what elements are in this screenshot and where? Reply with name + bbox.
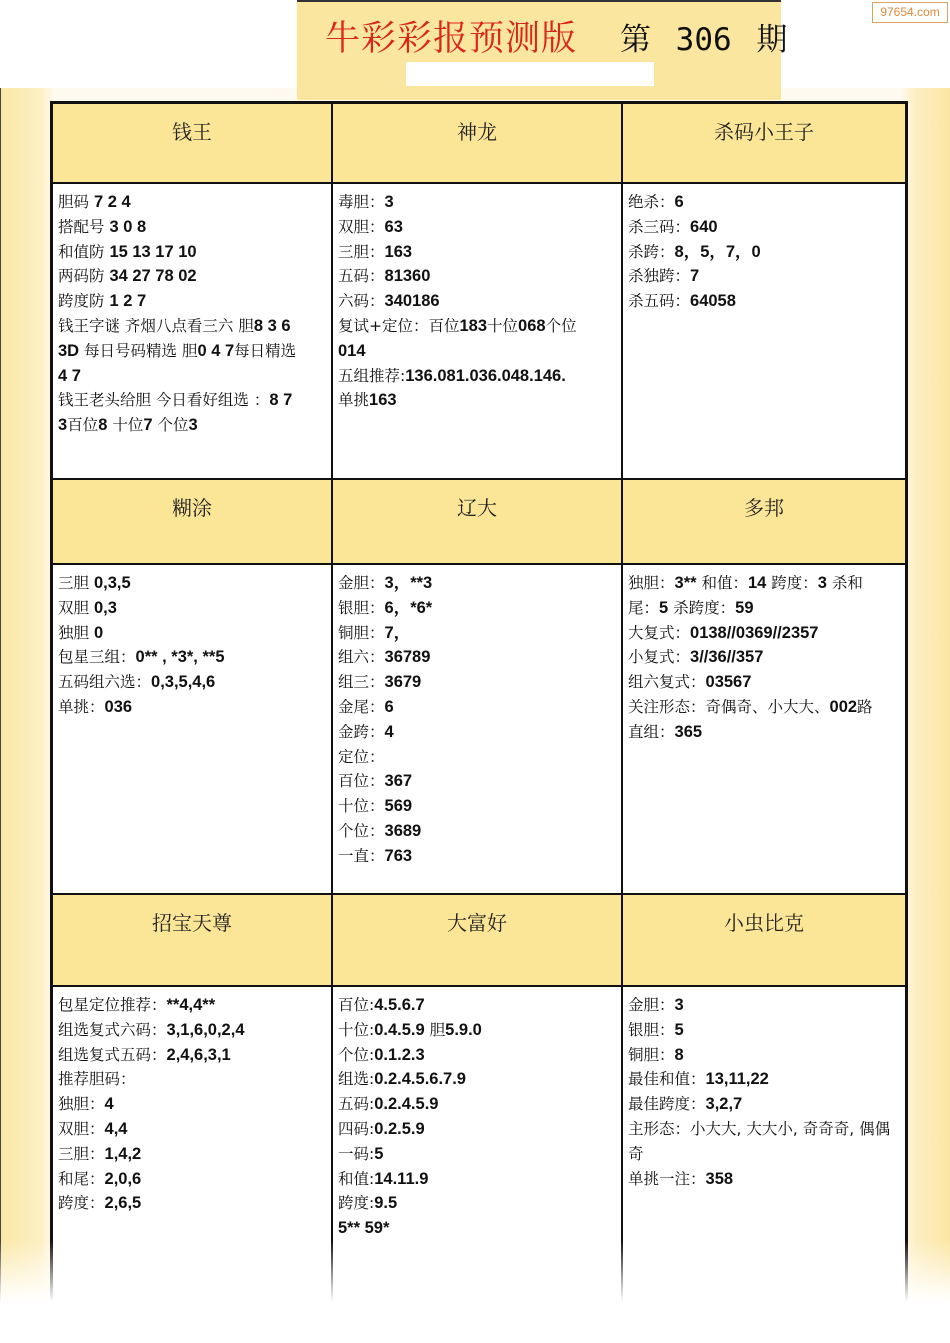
prediction-line: 最佳和值：13,11,22 (628, 1067, 905, 1092)
line-label: 一码: (338, 1145, 374, 1163)
line-label: 直组： (628, 723, 675, 741)
line-value: 4 (385, 723, 394, 741)
prediction-line: 014 (338, 339, 621, 364)
line-value: 7， (385, 624, 411, 642)
line-label: 跨度： (58, 1194, 105, 1212)
prediction-line: 银胆：6，*6* (338, 596, 621, 621)
prediction-line: 组三：3679 (338, 670, 621, 695)
line-value: 036 (105, 698, 133, 716)
line-value: 3,2,7 (706, 1095, 743, 1113)
prediction-line: 和值:14.11.9 (338, 1167, 621, 1192)
section-header-shama: 杀码小王子 (623, 104, 905, 184)
prediction-line: 奇 (628, 1142, 905, 1167)
prediction-line: 三胆：163 (338, 240, 621, 265)
prediction-line: 定位： (338, 745, 621, 770)
line-value: 0.1.2.3 (374, 1046, 424, 1064)
line-value: 163 (369, 391, 397, 409)
line-value: 3 0 8 (109, 218, 146, 236)
line-value: 0.2.4.5.9 (374, 1095, 438, 1113)
line-value: 0 4 7 (197, 342, 234, 360)
line-label: 奇 (628, 1145, 644, 1163)
line-value: 4.5.6.7 (374, 996, 424, 1014)
line-value: 5.9.0 (445, 1021, 482, 1039)
prediction-line: 双胆 0,3 (58, 596, 331, 621)
line-label: 六码： (338, 292, 385, 310)
line-value: 8 (675, 1046, 684, 1064)
prediction-line: 组选:0.2.4.5.6.7.9 (338, 1067, 621, 1092)
line-label: 绝杀： (628, 193, 675, 211)
line-label: 最佳跨度： (628, 1095, 706, 1113)
prediction-line: 最佳跨度：3,2,7 (628, 1092, 905, 1117)
bottom-fade (0, 1240, 950, 1343)
line-label: 单挑 (338, 391, 369, 409)
line-label: 十位: (338, 1021, 374, 1039)
line-label: 组选复式六码： (58, 1021, 167, 1039)
prediction-line: 绝杀：6 (628, 190, 905, 215)
prediction-line: 独胆：4 (58, 1092, 331, 1117)
prediction-line: 组六：36789 (338, 645, 621, 670)
line-value: 3D (58, 342, 79, 360)
prediction-line: 跨度:9.5 (338, 1191, 621, 1216)
line-value: 81360 (385, 267, 431, 285)
prediction-line: 胆码 7 2 4 (58, 190, 331, 215)
line-value: 8 (98, 416, 107, 434)
line-label: 个位： (338, 822, 385, 840)
line-label: 三胆： (58, 1145, 105, 1163)
prediction-line: 搭配号 3 0 8 (58, 215, 331, 240)
prediction-line: 一直：763 (338, 844, 621, 869)
line-label: 组六： (338, 648, 385, 666)
line-value: 3 (58, 416, 67, 434)
line-value: 340186 (385, 292, 440, 310)
line-value: 1,4,2 (105, 1145, 142, 1163)
prediction-line: 主形态：小大大, 大大小, 奇奇奇, 偶偶 (628, 1117, 905, 1142)
line-label: 两码防 (58, 267, 109, 285)
section-header-qianwang: 钱王 (53, 104, 333, 184)
prediction-line: 单挑：036 (58, 695, 331, 720)
line-value: 7 (690, 267, 699, 285)
prediction-line: 银胆：5 (628, 1018, 905, 1043)
prediction-line: 一码:5 (338, 1142, 621, 1167)
line-value: 14 (748, 574, 766, 592)
prediction-line: 关注形态：奇偶奇、小大大、002路 (628, 695, 905, 720)
line-label: 小复式： (628, 648, 690, 666)
page-edge (0, 88, 1, 1308)
prediction-table: 钱王 神龙 杀码小王子 胆码 7 2 4搭配号 3 0 8和值防 15 13 1… (50, 101, 908, 1303)
line-value: 5 (675, 1021, 684, 1039)
prediction-line: 三胆：1,4,2 (58, 1142, 331, 1167)
prediction-line: 3百位8 十位7 个位3 (58, 413, 331, 438)
line-label: 独胆： (58, 1095, 105, 1113)
line-value: 7 (143, 416, 152, 434)
prediction-line: 双胆：4,4 (58, 1117, 331, 1142)
line-label: 组选: (338, 1070, 374, 1088)
line-value: 0138//0369//2357 (690, 624, 818, 642)
line-value: 640 (690, 218, 718, 236)
line-value: 3** (675, 574, 697, 592)
line-value: 34 27 78 02 (109, 267, 196, 285)
prediction-line: 单挑163 (338, 388, 621, 413)
prediction-line: 单挑一注：358 (628, 1167, 905, 1192)
prediction-line: 3D 每日号码精选 胆0 4 7每日精选 (58, 339, 331, 364)
line-label: 杀跨度： (668, 599, 735, 617)
line-value: 5 (659, 599, 668, 617)
line-label: 路 (857, 698, 873, 716)
line-label: 杀和 (827, 574, 863, 592)
line-label: 组六复式： (628, 673, 706, 691)
prediction-line: 包星定位推荐：**4,4** (58, 993, 331, 1018)
section-body-hutu: 三胆 0,3,5双胆 0,3独胆 0包星三组：0** , *3*, **5五码组… (53, 565, 333, 895)
line-label: 跨度: (338, 1194, 374, 1212)
prediction-line: 十位:0.4.5.9 胆5.9.0 (338, 1018, 621, 1043)
line-label: 每日号码精选 胆 (79, 342, 197, 360)
line-value: 36789 (385, 648, 431, 666)
section-header-zhaobao: 招宝天尊 (53, 895, 333, 987)
section-body-duobang: 独胆：3** 和值：14 跨度：3 杀和尾：5 杀跨度：59大复式：0138//… (623, 565, 905, 895)
prediction-line: 和值防 15 13 17 10 (58, 240, 331, 265)
line-value: 63 (385, 218, 403, 236)
prediction-line: 四码:0.2.5.9 (338, 1117, 621, 1142)
line-value: 014 (338, 342, 366, 360)
line-label: 钱王字谜 齐烟八点看三六 胆 (58, 317, 254, 335)
prediction-line: 组选复式五码：2,4,6,3,1 (58, 1043, 331, 1068)
issue-number: 第 306 期 (620, 16, 787, 64)
line-value: 4 (105, 1095, 114, 1113)
prediction-line: 包星三组：0** , *3*, **5 (58, 645, 331, 670)
line-label: 胆码 (58, 193, 94, 211)
line-value: 4 7 (58, 367, 81, 385)
line-value: 6，*6* (385, 599, 433, 617)
line-label: 百位： (338, 772, 385, 790)
line-label: 百位 (67, 416, 98, 434)
prediction-line: 推荐胆码： (58, 1067, 331, 1092)
prediction-line: 跨度：2,6,5 (58, 1191, 331, 1216)
line-value: 8 3 6 (254, 317, 291, 335)
line-value: 002 (830, 698, 858, 716)
prediction-line: 毒胆：3 (338, 190, 621, 215)
line-value: 3 (818, 574, 827, 592)
prediction-line: 双胆：63 (338, 215, 621, 240)
line-value: 5** 59* (338, 1219, 389, 1237)
line-value: 136.081.036.048.146. (405, 367, 566, 385)
line-label: 大复式： (628, 624, 690, 642)
section-body-liaoda: 金胆：3，**3银胆：6，*6*铜胆：7，组六：36789组三：3679金尾：6… (333, 565, 623, 895)
line-value: 569 (385, 797, 413, 815)
line-label: 尾： (628, 599, 659, 617)
line-value: 0.4.5.9 (374, 1021, 424, 1039)
line-label: 三胆： (338, 243, 385, 261)
prediction-line: 5** 59* (338, 1216, 621, 1241)
line-label: 胆 (425, 1021, 445, 1039)
line-label: 组三： (338, 673, 385, 691)
line-value: 1 2 7 (109, 292, 146, 310)
line-label: 个位 (153, 416, 189, 434)
line-label: 跨度： (766, 574, 817, 592)
line-value: 64058 (690, 292, 736, 310)
line-value: 763 (385, 847, 413, 865)
line-value: 358 (706, 1170, 734, 1188)
line-value: 0,3,5,4,6 (151, 673, 215, 691)
line-label: 百位: (338, 996, 374, 1014)
line-label: 银胆： (338, 599, 385, 617)
prediction-line: 复试+定位：百位183十位068个位 (338, 314, 621, 339)
section-body-shama: 绝杀：6杀三码：640杀跨：8，5，7，0杀独跨：7杀五码：64058 (623, 184, 905, 480)
header-blank-box (406, 62, 654, 86)
line-label: 关注形态：奇偶奇、小大大、 (628, 698, 830, 716)
line-label: 个位 (546, 317, 577, 335)
prediction-line: 直组：365 (628, 720, 905, 745)
prediction-line: 五组推荐:136.081.036.048.146. (338, 364, 621, 389)
line-label: 包星定位推荐： (58, 996, 167, 1014)
prediction-line: 钱王字谜 齐烟八点看三六 胆8 3 6 (58, 314, 331, 339)
line-label: 四码: (338, 1120, 374, 1138)
line-label: 包星三组： (58, 648, 136, 666)
line-label: 复试+定位：百位 (338, 317, 460, 335)
line-value: 4,4 (105, 1120, 128, 1138)
line-label: 杀跨： (628, 243, 675, 261)
prediction-line: 五码:0.2.4.5.9 (338, 1092, 621, 1117)
line-label: 杀独跨： (628, 267, 690, 285)
line-value: 15 13 17 10 (109, 243, 196, 261)
line-value: 163 (385, 243, 413, 261)
line-value: 3，**3 (385, 574, 433, 592)
line-value: 3689 (385, 822, 422, 840)
line-label: 独胆 (58, 624, 94, 642)
line-value: 6 (675, 193, 684, 211)
prediction-line: 组六复式：03567 (628, 670, 905, 695)
line-label: 和尾： (58, 1170, 105, 1188)
line-label: 五组推荐: (338, 367, 405, 385)
line-label: 金尾： (338, 698, 385, 716)
line-label: 十位： (338, 797, 385, 815)
prediction-line: 杀跨：8，5，7，0 (628, 240, 905, 265)
prediction-line: 十位：569 (338, 794, 621, 819)
line-value: 03567 (706, 673, 752, 691)
line-label: 个位: (338, 1046, 374, 1064)
line-value: 3 (188, 416, 197, 434)
line-value: 3//36//357 (690, 648, 763, 666)
line-value: 3 (385, 193, 394, 211)
line-label: 最佳和值： (628, 1070, 706, 1088)
line-label: 铜胆： (338, 624, 385, 642)
watermark-link[interactable]: 97654.com (872, 2, 948, 23)
line-label: 十位 (487, 317, 518, 335)
prediction-line: 铜胆：7， (338, 621, 621, 646)
line-value: 3679 (385, 673, 422, 691)
line-label: 和值: (338, 1170, 374, 1188)
line-label: 毒胆： (338, 193, 385, 211)
prediction-line: 金胆：3 (628, 993, 905, 1018)
line-label: 五码组六选： (58, 673, 151, 691)
line-value: 365 (675, 723, 703, 741)
section-header-xiaochong: 小虫比克 (623, 895, 905, 987)
prediction-line: 小复式：3//36//357 (628, 645, 905, 670)
header-divider (297, 0, 781, 2)
prediction-line: 五码组六选：0,3,5,4,6 (58, 670, 331, 695)
line-value: 14.11.9 (374, 1170, 428, 1188)
line-label: 单挑一注： (628, 1170, 706, 1188)
section-header-liaoda: 辽大 (333, 480, 623, 565)
line-label: 搭配号 (58, 218, 109, 236)
prediction-line: 金胆：3，**3 (338, 571, 621, 596)
prediction-line: 组选复式六码：3,1,6,0,2,4 (58, 1018, 331, 1043)
prediction-line: 百位:4.5.6.7 (338, 993, 621, 1018)
prediction-line: 六码：340186 (338, 289, 621, 314)
prediction-line: 杀独跨：7 (628, 264, 905, 289)
prediction-line: 跨度防 1 2 7 (58, 289, 331, 314)
prediction-line: 两码防 34 27 78 02 (58, 264, 331, 289)
line-value: 0 (94, 624, 103, 642)
line-value: 59 (735, 599, 753, 617)
section-header-shenlong: 神龙 (333, 104, 623, 184)
prediction-line: 铜胆：8 (628, 1043, 905, 1068)
prediction-line: 钱王老头给胆 今日看好组选 ：8 7 (58, 388, 331, 413)
line-label: 推荐胆码： (58, 1070, 136, 1088)
line-label: 杀三码： (628, 218, 690, 236)
line-value: 0,3 (94, 599, 117, 617)
line-label: 独胆： (628, 574, 675, 592)
line-label: 组选复式五码： (58, 1046, 167, 1064)
line-value: 068 (518, 317, 546, 335)
line-value: 2,4,6,3,1 (167, 1046, 231, 1064)
line-value: 3 (675, 996, 684, 1014)
prediction-line: 个位：3689 (338, 819, 621, 844)
line-label: 五码: (338, 1095, 374, 1113)
line-label: 金胆： (628, 996, 675, 1014)
prediction-line: 个位:0.1.2.3 (338, 1043, 621, 1068)
prediction-line: 五码：81360 (338, 264, 621, 289)
line-label: 双胆： (58, 1120, 105, 1138)
line-value: 183 (460, 317, 488, 335)
line-value: 3,1,6,0,2,4 (167, 1021, 245, 1039)
line-value: 0.2.4.5.6.7.9 (374, 1070, 466, 1088)
line-label: 定位： (338, 748, 385, 766)
line-label: 钱王老头给胆 今日看好组选 ： (58, 391, 269, 409)
line-value: 8 7 (269, 391, 292, 409)
line-value: **4,4** (167, 996, 216, 1014)
section-header-dafuhao: 大富好 (333, 895, 623, 987)
line-label: 一直： (338, 847, 385, 865)
section-header-duobang: 多邦 (623, 480, 905, 565)
line-label: 三胆 (58, 574, 94, 592)
line-label: 和值防 (58, 243, 109, 261)
line-label: 十位 (107, 416, 143, 434)
line-value: 2,0,6 (105, 1170, 142, 1188)
line-label: 跨度防 (58, 292, 109, 310)
line-label: 杀五码： (628, 292, 690, 310)
section-body-shenlong: 毒胆：3双胆：63三胆：163五码：81360六码：340186复试+定位：百位… (333, 184, 623, 480)
line-value: 6 (385, 698, 394, 716)
line-value: 5 (374, 1145, 383, 1163)
line-value: 0,3,5 (94, 574, 131, 592)
line-value: 367 (385, 772, 413, 790)
prediction-line: 金跨：4 (338, 720, 621, 745)
line-value: 0** , *3*, **5 (136, 648, 225, 666)
prediction-line: 杀三码：640 (628, 215, 905, 240)
prediction-line: 4 7 (58, 364, 331, 389)
line-value: 13,11,22 (706, 1070, 769, 1088)
line-label: 和值： (697, 574, 748, 592)
line-label: 双胆： (338, 218, 385, 236)
line-label: 双胆 (58, 599, 94, 617)
line-value: 2,6,5 (105, 1194, 142, 1212)
prediction-line: 三胆 0,3,5 (58, 571, 331, 596)
line-value: 9.5 (374, 1194, 397, 1212)
prediction-line: 金尾：6 (338, 695, 621, 720)
line-label: 五码： (338, 267, 385, 285)
line-label: 主形态：小大大, 大大小, 奇奇奇, 偶偶 (628, 1120, 890, 1138)
line-label: 银胆： (628, 1021, 675, 1039)
line-label: 铜胆： (628, 1046, 675, 1064)
prediction-line: 杀五码：64058 (628, 289, 905, 314)
prediction-line: 独胆：3** 和值：14 跨度：3 杀和 (628, 571, 905, 596)
prediction-line: 独胆 0 (58, 621, 331, 646)
prediction-line: 百位：367 (338, 769, 621, 794)
line-value: 8，5，7，0 (675, 243, 761, 261)
section-header-hutu: 糊涂 (53, 480, 333, 565)
line-label: 每日精选 (234, 342, 296, 360)
prediction-line: 大复式：0138//0369//2357 (628, 621, 905, 646)
line-label: 金跨： (338, 723, 385, 741)
line-value: 0.2.5.9 (374, 1120, 424, 1138)
prediction-line: 尾：5 杀跨度：59 (628, 596, 905, 621)
line-value: 7 2 4 (94, 193, 131, 211)
prediction-line: 和尾：2,0,6 (58, 1167, 331, 1192)
page-title: 牛彩彩报预测版 (325, 14, 577, 64)
line-label: 金胆： (338, 574, 385, 592)
section-body-qianwang: 胆码 7 2 4搭配号 3 0 8和值防 15 13 17 10两码防 34 2… (53, 184, 333, 480)
line-label: 单挑： (58, 698, 105, 716)
